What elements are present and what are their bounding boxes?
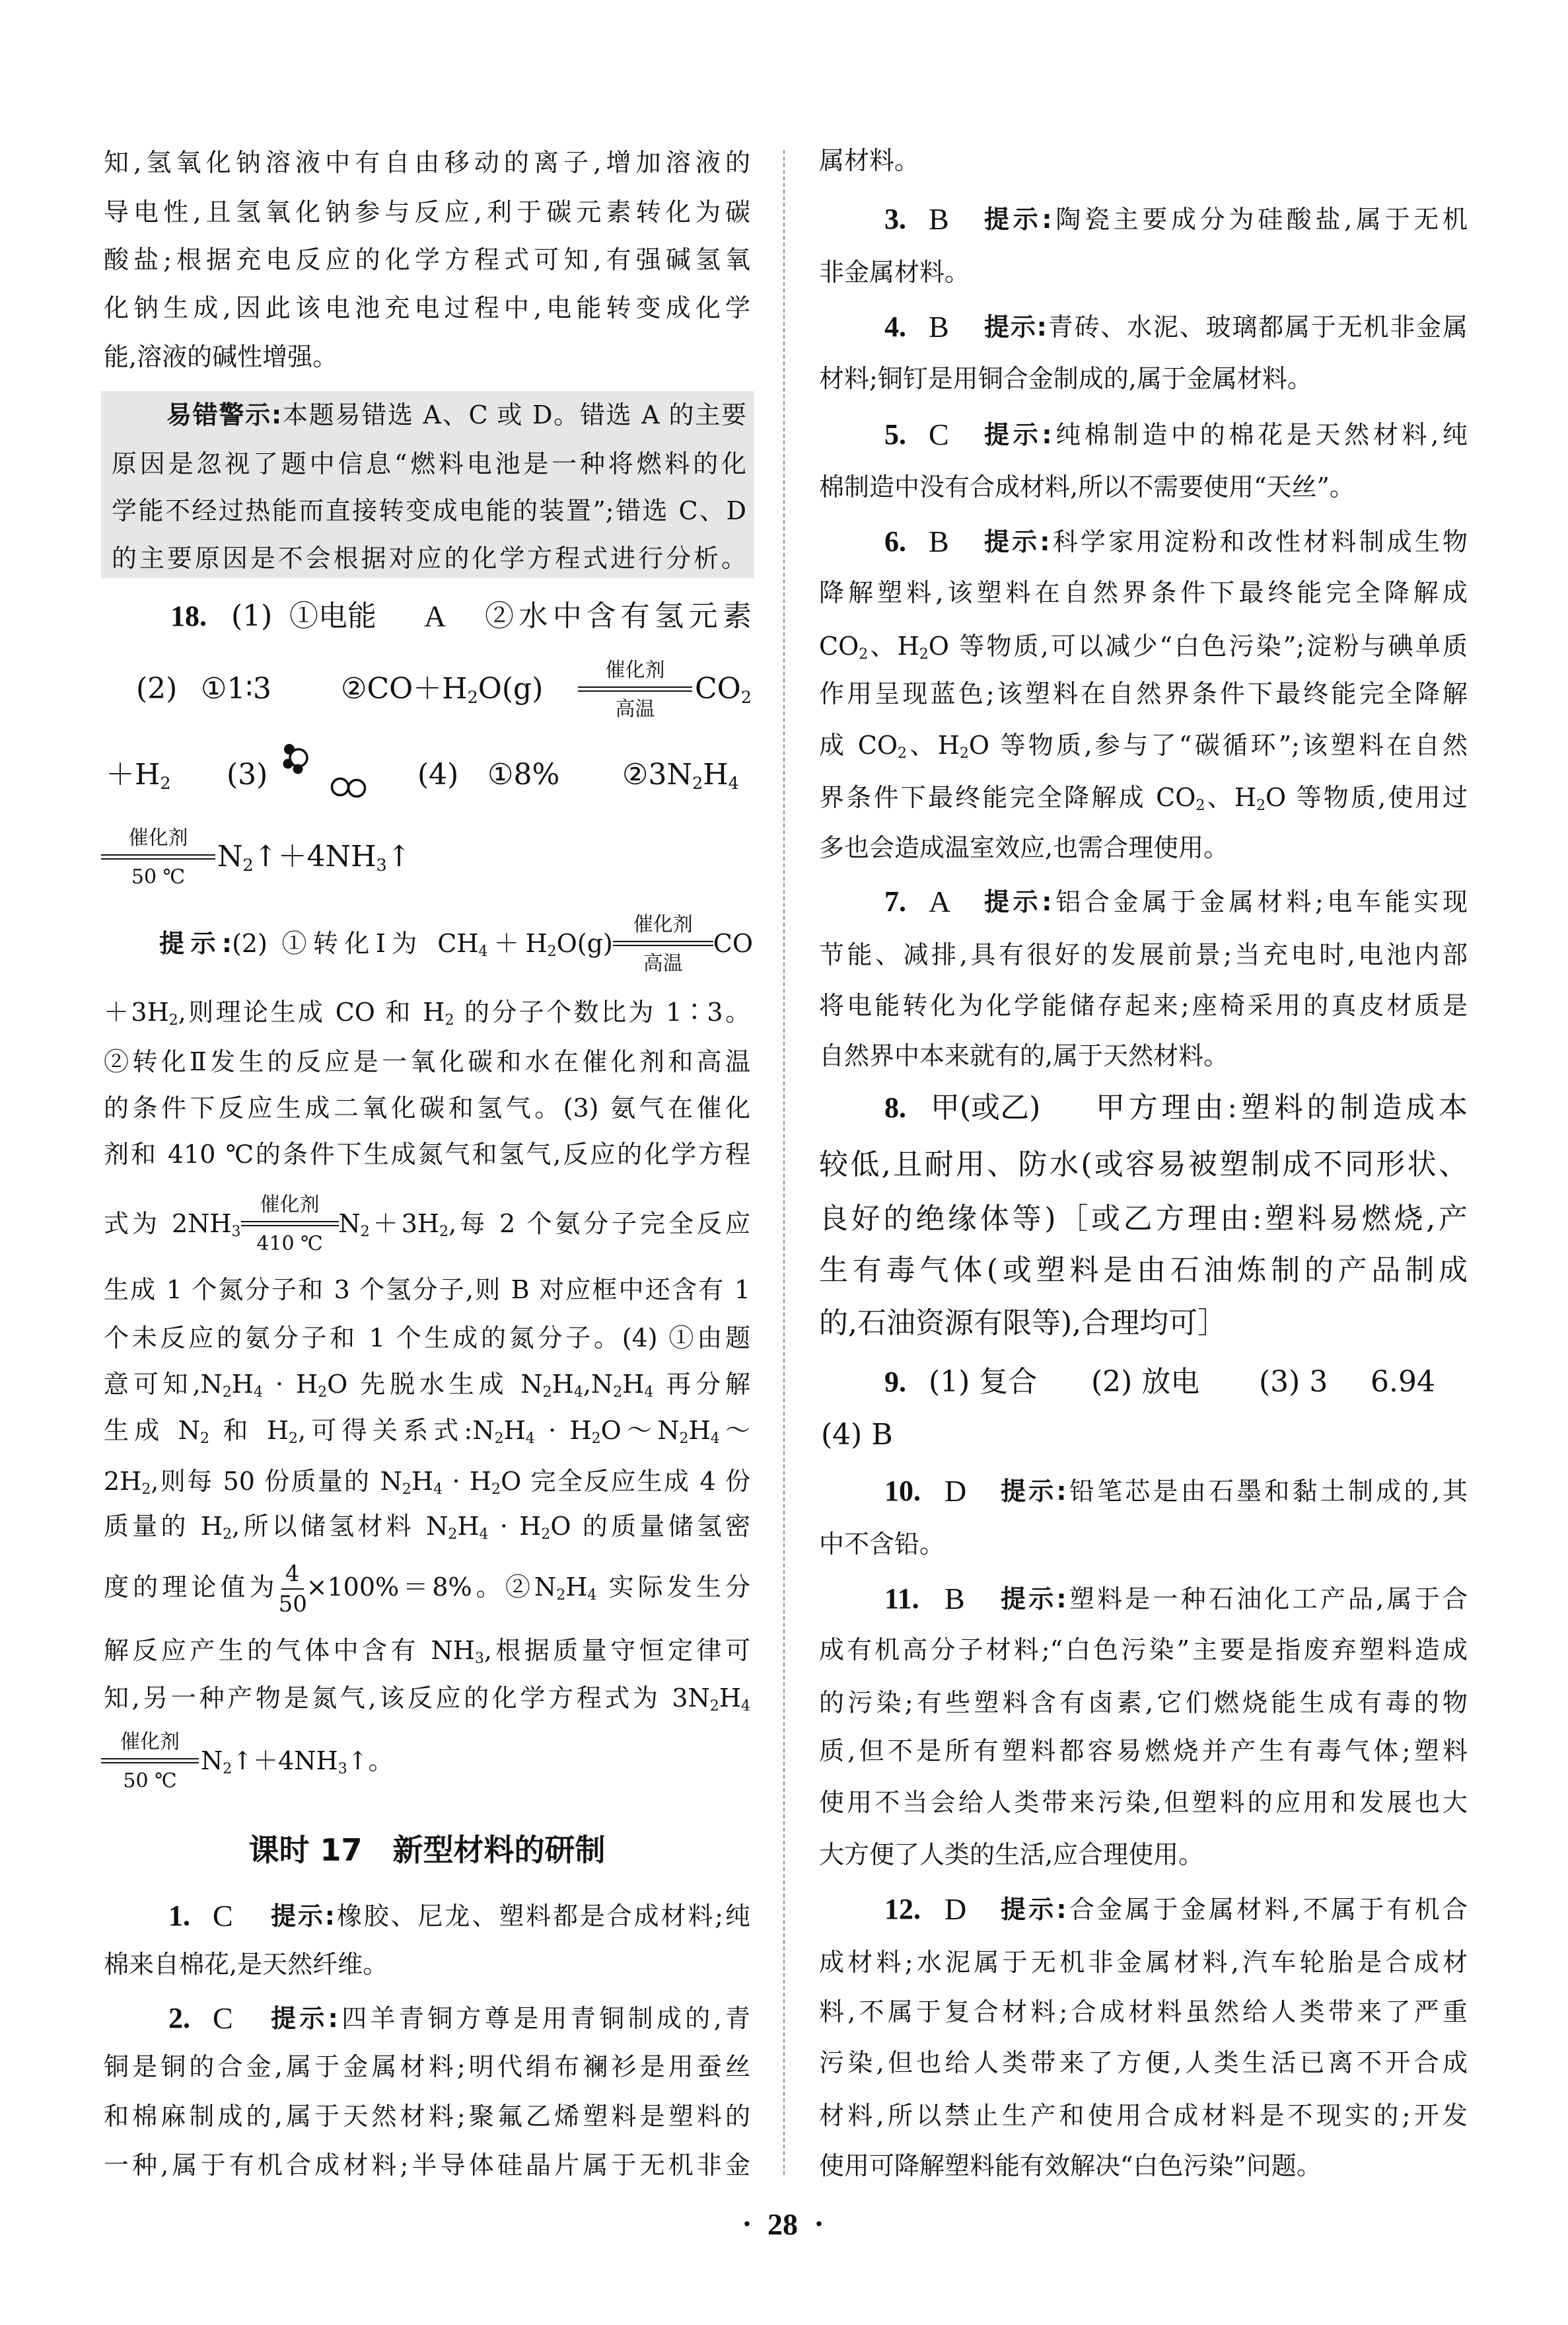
- subscript: 2: [495, 1430, 504, 1447]
- warning-line: 的主要原因是不会根据对应的化学方程式进行分析。: [112, 533, 746, 583]
- condition-top: 催化剂: [613, 914, 713, 936]
- text-line: 酸盐;根据充电反应的化学方程式可知,有强碱氢氧: [104, 235, 750, 285]
- question-2: 2. C 提示:四羊青铜方尊是用青铜制成的,青: [168, 1993, 750, 2044]
- answer-line: 的,石油资源有限等),合理均可］: [819, 1298, 1468, 1348]
- hint-line: 青砖、水泥、玻璃都属于无机非金属: [1047, 313, 1468, 342]
- answer-letter: B: [929, 194, 949, 244]
- formula-text: ,根据质量守恒定律可: [484, 1636, 750, 1665]
- equation-reactant: ②3N2H4: [622, 750, 739, 800]
- subscript: 2: [160, 774, 170, 793]
- subscript: 2: [898, 745, 907, 762]
- subscript: 2: [556, 1587, 565, 1604]
- double-bar: [613, 941, 713, 946]
- hint-line: 成有机高分子材料;“白色污染”主要是指废弃塑料造成: [819, 1625, 1468, 1675]
- subscript: 2: [543, 1384, 552, 1401]
- question-number: 7.: [884, 877, 906, 927]
- hint-line: 的条件下反应生成二氧化碳和氢气。(3) 氨气在催化: [104, 1083, 750, 1133]
- hint-line: 个未反应的氨分子和 1 个生成的氮分子。(4) ①由题: [104, 1313, 750, 1363]
- part-label: (4): [417, 750, 458, 800]
- formula-text: 、H: [1205, 783, 1256, 812]
- subscript: 3: [338, 1761, 347, 1777]
- subscript: 2: [710, 1698, 719, 1715]
- condition-top: 催化剂: [101, 827, 215, 850]
- formula-text: O～N: [601, 1416, 680, 1445]
- hint-label: 提示:: [984, 205, 1052, 234]
- formula-text: ＋H: [106, 758, 160, 792]
- formula-text: 知,另一种产物是氮气,该反应的化学方程式为 3N: [104, 1683, 710, 1713]
- condition-top: 催化剂: [578, 659, 692, 682]
- formula-text: 解反应产生的气体中含有 NH: [104, 1636, 475, 1665]
- formula-text: ②3N: [622, 758, 692, 792]
- question-number: 1.: [168, 1891, 190, 1941]
- formula-text: (2) ①转化Ⅰ为 CH: [232, 929, 478, 958]
- hint-line: 2H2,则每 50 份质量的 N2H4 · H2O 完全反应生成 4 份: [104, 1456, 750, 1506]
- formula-text: O 等物质,使用过: [1265, 783, 1468, 812]
- equation-product: ＋H2: [106, 750, 171, 800]
- formula-text: 和 H: [209, 1416, 289, 1445]
- subscript: 2: [613, 1384, 622, 1401]
- hint-line: 剂和 410 ℃的条件下生成氮气和氢气,反应的化学方程: [104, 1129, 750, 1179]
- subscript: 2: [468, 688, 478, 708]
- subscript: 2: [592, 1430, 601, 1447]
- formula-text: 再分解: [653, 1370, 750, 1399]
- formula-text: O(g): [478, 672, 544, 706]
- hint-line: 材料,所以禁止生产和使用合成材料是不现实的;开发: [819, 2090, 1468, 2141]
- ammonia-molecule-icon: [277, 740, 314, 780]
- equation-product: N2↑＋4NH3↑: [217, 832, 411, 882]
- reaction-condition: 催化剂高温: [613, 918, 713, 969]
- hint-line: 成材料;水泥属于无机非金属材料,汽车轮胎是合成材: [819, 1937, 1468, 1987]
- formula-text: H: [719, 1683, 741, 1713]
- formula-text: 式为 2NH: [104, 1209, 232, 1238]
- hint-label: 提示:: [984, 420, 1052, 449]
- subscript: 4: [587, 1587, 596, 1604]
- formula-text: CO: [713, 929, 753, 958]
- formula-text: ＋3H: [104, 998, 169, 1027]
- subscript: 2: [548, 943, 557, 960]
- hint-line: 界条件下最终能完全降解成 CO2、H2O 等物质,使用过: [819, 772, 1468, 823]
- condition-bottom: 50 ℃: [101, 1770, 199, 1792]
- hint-line: 一种,属于有机合成材料;半导体硅晶片属于无机非金: [104, 2140, 750, 2190]
- formula-text: O 等物质,可以减少“白色污染”;淀粉与碘单质: [929, 632, 1468, 661]
- reaction-condition: 催化剂 50 ℃: [101, 1736, 199, 1786]
- subscript: 2: [402, 1481, 411, 1498]
- question-number: 9.: [884, 1357, 906, 1407]
- subscript: 4: [729, 774, 739, 793]
- formula-text: O 先脱水生成 N: [327, 1370, 542, 1399]
- subscript: 4: [479, 943, 488, 960]
- subscript: 2: [448, 1526, 457, 1543]
- hint-label: 提示:: [1001, 1477, 1067, 1506]
- formula-text: H: [552, 1370, 574, 1399]
- answer-text: ②水中含有氢元素: [485, 591, 752, 642]
- answer-letter: C: [213, 1993, 233, 2044]
- formula-text: N: [339, 1209, 361, 1238]
- formula-text: ＋3H: [370, 1209, 439, 1238]
- answer-percent: ①8%: [487, 750, 559, 800]
- condition-bottom: 高温: [613, 953, 713, 975]
- question-number: 8.: [884, 1083, 906, 1133]
- hint-line: 合金属于金属材料,不属于有机合: [1067, 1895, 1468, 1924]
- part-label: (2): [136, 664, 177, 714]
- subscript: 4: [574, 1384, 583, 1401]
- equation-product: N2↑＋4NH3↑。: [201, 1736, 394, 1786]
- formula-text: H: [565, 1572, 587, 1602]
- page-number-dot-right: ·: [814, 2199, 824, 2250]
- fraction-bar: [281, 1588, 304, 1590]
- double-bar: [101, 854, 215, 860]
- formula-text: ②CO＋H: [341, 672, 468, 706]
- subscript: 2: [1195, 797, 1205, 814]
- hint-label: 提示:: [271, 1901, 335, 1931]
- hint-text: 提示:陶瓷主要成分为硅酸盐,属于无机: [984, 194, 1468, 244]
- fraction-denominator: 50: [279, 1591, 306, 1617]
- formula-text: ～: [720, 1416, 750, 1445]
- subscript: 4: [741, 1698, 750, 1715]
- formula-text: ,则每 50 份质量的 N: [151, 1467, 402, 1496]
- question-18-line-1: 18. (1) ①电能 A ②水中含有氢元素: [170, 591, 752, 642]
- question-number: 5.: [884, 410, 906, 460]
- hint-line: 铝合金属于金属材料;电车能实现: [1052, 887, 1468, 916]
- hint-label: 提示:: [984, 887, 1052, 916]
- subscript: 2: [243, 856, 254, 875]
- hint-line: 度的理论值为450×100%＝8%。②N2H4 实际发生分: [104, 1562, 750, 1612]
- hint-text: 提示:塑料是一种石油化工产品,属于合: [1001, 1574, 1468, 1624]
- condition-top: 催化剂: [241, 1194, 339, 1216]
- question-number: 2.: [168, 1993, 190, 2044]
- formula-text: H: [232, 1370, 254, 1399]
- formula-text: ,所以储氢材料 N: [232, 1512, 448, 1541]
- subscript: 2: [919, 646, 929, 663]
- hint-line: CO2、H2O 等物质,可以减少“白色污染”;淀粉与碘单质: [819, 621, 1468, 671]
- formula-text: 、H: [868, 632, 919, 661]
- hint-line: 橡胶、尼龙、塑料都是合成材料;纯: [335, 1901, 750, 1931]
- subscript: 4: [526, 1430, 535, 1447]
- hint-line: 大方便了人类的生活,应合理使用。: [819, 1829, 1468, 1880]
- hint-line: 作用呈现蓝色;该塑料在自然界条件下最终能完全降解: [819, 669, 1468, 719]
- answer-line: 生有毒气体(或塑料是由石油炼制的产品制成: [819, 1245, 1468, 1296]
- hint-text: 提示:铝合金属于金属材料;电车能实现: [984, 877, 1468, 927]
- subscript: 3: [232, 1224, 241, 1240]
- question-12: 12. D 提示:合金属于金属材料,不属于有机合: [884, 1884, 1468, 1935]
- nitrogen-molecule-icon: [327, 773, 368, 801]
- hint-line: 解反应产生的气体中含有 NH3,根据质量守恒定律可: [104, 1625, 750, 1676]
- subscript: 2: [223, 1526, 232, 1543]
- subscript: 2: [439, 1224, 448, 1240]
- question-11: 11. B 提示:塑料是一种石油化工产品,属于合: [884, 1574, 1468, 1624]
- question-10: 10. D 提示:铅笔芯是由石墨和黏土制成的,其: [884, 1466, 1468, 1516]
- hint-line: ②转化Ⅱ发生的反应是一氧化碳和水在催化剂和高温: [104, 1037, 750, 1087]
- fraction-numerator: 4: [279, 1561, 306, 1587]
- answer-line: 良好的绝缘体等)［或乙方理由:塑料易燃烧,产: [819, 1194, 1468, 1244]
- warning-line: 易错警示:本题易错选 A、C 或 D。错选 A 的主要: [166, 390, 746, 440]
- subscript: 2: [541, 1526, 550, 1543]
- answer-part-2: (2) 放电: [1091, 1357, 1199, 1407]
- subscript: 2: [361, 1224, 370, 1240]
- question-number: 6.: [884, 517, 906, 567]
- hint-label: 提示:: [1001, 1895, 1067, 1924]
- warning-line: 原因是忽视了题中信息“燃料电池是一种将燃料的化: [112, 439, 746, 489]
- question-9: 9. (1) 复合 (2) 放电 (3) 3 6.94: [884, 1357, 1468, 1407]
- hint-line: 污染,但也给人类带来了方便,人类生活已离不开合成: [819, 2038, 1468, 2088]
- question-number: 3.: [884, 194, 906, 244]
- answer-letter: B: [944, 1574, 965, 1624]
- formula-text: CO: [695, 672, 741, 706]
- hint-text: 提示:橡胶、尼龙、塑料都是合成材料;纯: [271, 1891, 750, 1941]
- hint-line: 成 CO2、H2O 等物质,参与了“碳循环”;该塑料在自然: [819, 720, 1468, 770]
- hint-text: 提示:科学家用淀粉和改性材料制成生物: [984, 517, 1468, 567]
- formula-text: ↑＋4NH: [232, 1746, 338, 1775]
- hint-label: 提示:: [984, 527, 1050, 556]
- hint-line: 式为 2NH3催化剂410 ℃N2＋3H2,每 2 个氨分子完全反应: [104, 1199, 750, 1249]
- formula-text: H: [457, 1512, 479, 1541]
- formula-text: 生成 N: [104, 1416, 200, 1445]
- answer-letter: A: [929, 877, 950, 927]
- hint-line: 降解塑料,该塑料在自然界条件下最终能完全降解成: [819, 568, 1468, 618]
- hint-line: 棉来自棉花,是天然纤维。: [104, 1939, 750, 1989]
- reaction-condition: 催化剂410 ℃: [241, 1199, 339, 1249]
- answer-letter: A: [424, 591, 446, 642]
- answer-part-1: (1) 复合: [929, 1357, 1037, 1407]
- condition-top: 催化剂: [101, 1731, 199, 1753]
- hint-text: 提示:青砖、水泥、玻璃都属于无机非金属: [984, 302, 1468, 352]
- question-number: 18.: [170, 591, 207, 642]
- subscript: 2: [223, 1384, 232, 1401]
- formula-text: 质量的 H: [104, 1512, 223, 1541]
- subscript: 2: [680, 1430, 689, 1447]
- question-number: 12.: [884, 1884, 921, 1935]
- hint-line: 意可知,N2H4 · H2O 先脱水生成 N2H4,N2H4 再分解: [104, 1359, 750, 1409]
- question-3: 3. B 提示:陶瓷主要成分为硅酸盐,属于无机: [884, 194, 1468, 244]
- subscript: 2: [741, 688, 752, 708]
- condition-bottom: 410 ℃: [241, 1233, 339, 1255]
- question-8: 8. 甲(或乙) 甲方理由:塑料的制造成本: [884, 1083, 1468, 1133]
- formula-text: ＋H: [488, 929, 548, 958]
- fraction: 450: [279, 1562, 306, 1612]
- subscript: 3: [376, 856, 386, 875]
- formula-text: 2H: [104, 1467, 141, 1496]
- hint-line: 生成 N2 和 H2,可得关系式:N2H4 · H2O～N2H4～: [104, 1405, 750, 1456]
- answer-text: 甲方理由:塑料的制造成本: [1096, 1083, 1468, 1133]
- formula-text: O 等物质,参与了“碳循环”;该塑料在自然: [969, 731, 1468, 760]
- hint-line: 四羊青铜方尊是用青铜制成的,青: [338, 2004, 750, 2033]
- hint-line: 知,另一种产物是氮气,该反应的化学方程式为 3N2H4: [104, 1673, 750, 1723]
- formula-text: 、H: [907, 731, 960, 760]
- text-line: 化钠生成,因此该电池充电过程中,电能转变成化学: [104, 283, 750, 333]
- hint-line: 质量的 H2,所以储氢材料 N2H4 · H2O 的质量储氢密: [104, 1501, 750, 1551]
- hint-line: 使用不当会给人类带来污染,但塑料的应用和发展也大: [819, 1777, 1468, 1827]
- answer-ratio: ①1∶3: [201, 664, 271, 714]
- condition-bottom: 50 ℃: [101, 866, 215, 889]
- question-1: 1. C 提示:橡胶、尼龙、塑料都是合成材料;纯: [168, 1891, 750, 1941]
- formula-text: H: [689, 1416, 711, 1445]
- part-label: (1): [231, 591, 272, 642]
- answer-letter: D: [944, 1466, 966, 1516]
- subscript: 2: [445, 1012, 454, 1029]
- double-bar: [101, 1758, 199, 1763]
- formula-text: CO: [819, 632, 859, 661]
- hint-label: 提示:: [1001, 1584, 1067, 1613]
- answer-part-4: (4) B: [821, 1410, 1470, 1460]
- hint-text: 提示:四羊青铜方尊是用青铜制成的,青: [271, 1993, 750, 2044]
- warning-line: 学能不经过热能而直接转变成电能的装置”;错选 C、D: [112, 486, 746, 536]
- formula-text: ×100%＝8%。②N: [306, 1572, 557, 1602]
- hint-line: 节能、减排,具有很好的发展前景;当充电时,电池内部: [819, 930, 1468, 980]
- hint-text: 提示:铅笔芯是由石墨和黏土制成的,其: [1001, 1466, 1468, 1516]
- formula-text: H: [504, 1416, 526, 1445]
- formula-text: · H: [263, 1370, 318, 1399]
- answer-letter: C: [213, 1891, 233, 1941]
- subscript: 2: [491, 1481, 501, 1498]
- formula-text: ,可得关系式:N: [298, 1416, 495, 1445]
- subscript: 2: [859, 646, 868, 663]
- answer-part-3-value: 6.94: [1371, 1357, 1435, 1407]
- subscript: 3: [475, 1650, 484, 1667]
- hint-line: 的污染;有些塑料含有卤素,它们燃烧能生成有毒的物: [819, 1678, 1468, 1728]
- hint-label: 提示:: [159, 929, 232, 958]
- text-line: 知,氢氧化钠溶液中有自由移动的离子,增加溶液的: [104, 137, 750, 188]
- page-number-dot-left: ·: [742, 2199, 752, 2250]
- hint-line: 质,但不是所有塑料都容易燃烧并产生有毒气体;塑料: [819, 1726, 1468, 1776]
- hint-line: 多也会造成温室效应,也需合理使用。: [819, 823, 1468, 873]
- hint-line: 塑料是一种石油化工产品,属于合: [1067, 1584, 1468, 1613]
- double-bar: [241, 1221, 339, 1226]
- formula-text: ,则理论生成 CO 和 H: [178, 998, 445, 1027]
- formula-text: · H: [535, 1416, 592, 1445]
- answer-letter: B: [929, 302, 949, 352]
- formula-text: 意可知,N: [104, 1370, 223, 1399]
- subscript: 4: [480, 1526, 489, 1543]
- hint-line: ＋3H2,则理论生成 CO 和 H2 的分子个数比为 1∶3。: [104, 987, 750, 1037]
- subscript: 4: [254, 1384, 263, 1401]
- answer-letter: D: [944, 1884, 966, 1935]
- answer-text: ①电能: [289, 591, 376, 642]
- answer-key-page: 知,氢氧化钠溶液中有自由移动的离子,增加溶液的 导电性,且氢氧化钠参与反应,利于…: [0, 0, 1568, 2325]
- formula-text: · H: [443, 1467, 491, 1496]
- part-label: (3): [227, 750, 267, 800]
- answer-line: 较低,且耐用、防水(或容易被塑制成不同形状、: [819, 1140, 1468, 1190]
- subscript: 4: [644, 1384, 653, 1401]
- subscript: 2: [141, 1481, 151, 1498]
- formula-text: H: [411, 1467, 433, 1496]
- formula-text: N: [217, 840, 243, 873]
- page-number: 28: [767, 2199, 798, 2250]
- hint-line: 纯棉制造中的棉花是天然材料,纯: [1052, 420, 1468, 449]
- hint-line: 使用可降解塑料能有效解决“白色污染”问题。: [819, 2141, 1468, 2191]
- subscript: 4: [433, 1481, 443, 1498]
- answer-part-3: (3) 3: [1259, 1357, 1328, 1407]
- question-4: 4. B 提示:青砖、水泥、玻璃都属于无机非金属: [884, 302, 1468, 352]
- answer-choice: 甲(或乙): [931, 1083, 1040, 1133]
- subscript: 2: [169, 1012, 178, 1029]
- formula-text: H: [703, 758, 728, 792]
- formula-text: ,N: [583, 1370, 613, 1399]
- subscript: 2: [223, 1761, 232, 1777]
- question-6: 6. B 提示:科学家用淀粉和改性材料制成生物: [884, 517, 1468, 567]
- subscript: 2: [1256, 797, 1265, 814]
- section-title: 课时 17 新型材料的研制: [104, 1825, 750, 1875]
- subscript: 2: [318, 1384, 327, 1401]
- subscript: 4: [711, 1430, 720, 1447]
- reaction-condition: 催化剂 高温: [578, 664, 692, 714]
- formula-text: ↑。: [347, 1746, 394, 1775]
- formula-text: O(g): [557, 929, 613, 958]
- formula-text: 成 CO: [819, 731, 898, 760]
- formula-text: 度的理论值为: [104, 1572, 279, 1602]
- formula-text: O 的质量储氢密: [550, 1512, 750, 1541]
- text-line: 导电性,且氢氧化钠参与反应,利于碳元素转化为碳: [104, 187, 750, 237]
- formula-text: ↑: [387, 840, 411, 873]
- formula-text: O 完全反应生成 4 份: [501, 1467, 750, 1496]
- question-7: 7. A 提示:铝合金属于金属材料;电车能实现: [884, 877, 1468, 927]
- condition-bottom: 高温: [578, 698, 692, 721]
- hint-line: 生成 1 个氮分子和 3 个氢分子,则 B 对应框中还含有 1: [104, 1265, 750, 1315]
- warning-text: 本题易错选 A、C 或 D。错选 A 的主要: [281, 400, 746, 429]
- hint-line: 铅笔芯是由石墨和黏土制成的,其: [1067, 1477, 1468, 1506]
- double-bar: [578, 686, 692, 692]
- subscript: 2: [200, 1430, 209, 1447]
- equation-product: CO2: [695, 664, 752, 714]
- hint-line: 将电能转化为化学能储存起来;座椅采用的真皮材质是: [819, 980, 1468, 1031]
- hint-line: 中不含铅。: [819, 1519, 1468, 1569]
- reaction-condition: 催化剂 50 ℃: [101, 832, 215, 882]
- formula-text: N: [201, 1746, 223, 1775]
- hint-line: 催化剂 50 ℃ N2↑＋4NH3↑。: [101, 1736, 445, 1786]
- answer-letter: B: [929, 517, 949, 567]
- formula-text: · H: [489, 1512, 542, 1541]
- formula-text: 的分子个数比为 1∶3。: [454, 998, 750, 1027]
- hint-line: 和棉麻制成的,属于天然材料;聚氟乙烯塑料是塑料的: [104, 2091, 750, 2141]
- question-5: 5. C 提示:纯棉制造中的棉花是天然材料,纯: [884, 410, 1468, 460]
- column-divider: [783, 150, 785, 2175]
- hint-line: 材料;铜钉是用铜合金制成的,属于金属材料。: [819, 353, 1468, 404]
- hint-label: 提示:: [271, 2004, 338, 2033]
- hint-line: 棉制造中没有合成材料,所以不需要使用“天丝”。: [819, 462, 1468, 512]
- hint-line: 铜是铜的合金,属于金属材料;明代绢布襕衫是用蚕丝: [104, 2042, 750, 2092]
- question-number: 4.: [884, 302, 906, 352]
- subscript: 2: [960, 745, 969, 762]
- hint-text: 提示:纯棉制造中的棉花是天然材料,纯: [984, 410, 1468, 460]
- question-18-line-4: 催化剂 50 ℃ N2↑＋4NH3↑: [101, 832, 445, 882]
- formula-text: 实际发生分: [596, 1572, 750, 1602]
- answer-letter: C: [929, 410, 949, 460]
- hint-line: 提示:(2) ①转化Ⅰ为 CH4＋H2O(g)催化剂高温CO: [159, 918, 753, 969]
- subscript: 2: [692, 774, 703, 793]
- question-18-line-3: ＋H2 (3) (4) ①8% ②3N2H4: [106, 750, 750, 800]
- subscript: 2: [289, 1430, 298, 1447]
- hint-line: 自然界中本来就有的,属于天然材料。: [819, 1031, 1468, 1081]
- formula-text: ↑＋4NH: [254, 840, 376, 873]
- hint-line: 科学家用淀粉和改性材料制成生物: [1050, 527, 1468, 556]
- hint-text: 提示:合金属于金属材料,不属于有机合: [1001, 1884, 1468, 1935]
- formula-text: H: [622, 1370, 644, 1399]
- hint-line: 料,不属于复合材料;合成材料虽然给人类带来了严重: [819, 1987, 1468, 2037]
- formula-text: 界条件下最终能完全降解成 CO: [819, 783, 1195, 812]
- text-line: 能,溶液的碱性增强。: [104, 332, 750, 382]
- hint-line: 属材料。: [819, 135, 1468, 186]
- hint-label: 提示:: [984, 313, 1047, 342]
- question-number: 10.: [884, 1466, 921, 1516]
- question-number: 11.: [884, 1574, 919, 1624]
- warning-label: 易错警示:: [166, 400, 281, 429]
- hint-line: 陶瓷主要成分为硅酸盐,属于无机: [1052, 205, 1468, 234]
- hint-line: 非金属材料。: [819, 247, 1468, 297]
- equation-reactants: ②CO＋H2O(g): [341, 664, 543, 714]
- question-18-line-2: (2) ①1∶3 ②CO＋H2O(g) 催化剂 高温 CO2: [136, 664, 750, 714]
- formula-text: ,每 2 个氨分子完全反应: [448, 1209, 750, 1238]
